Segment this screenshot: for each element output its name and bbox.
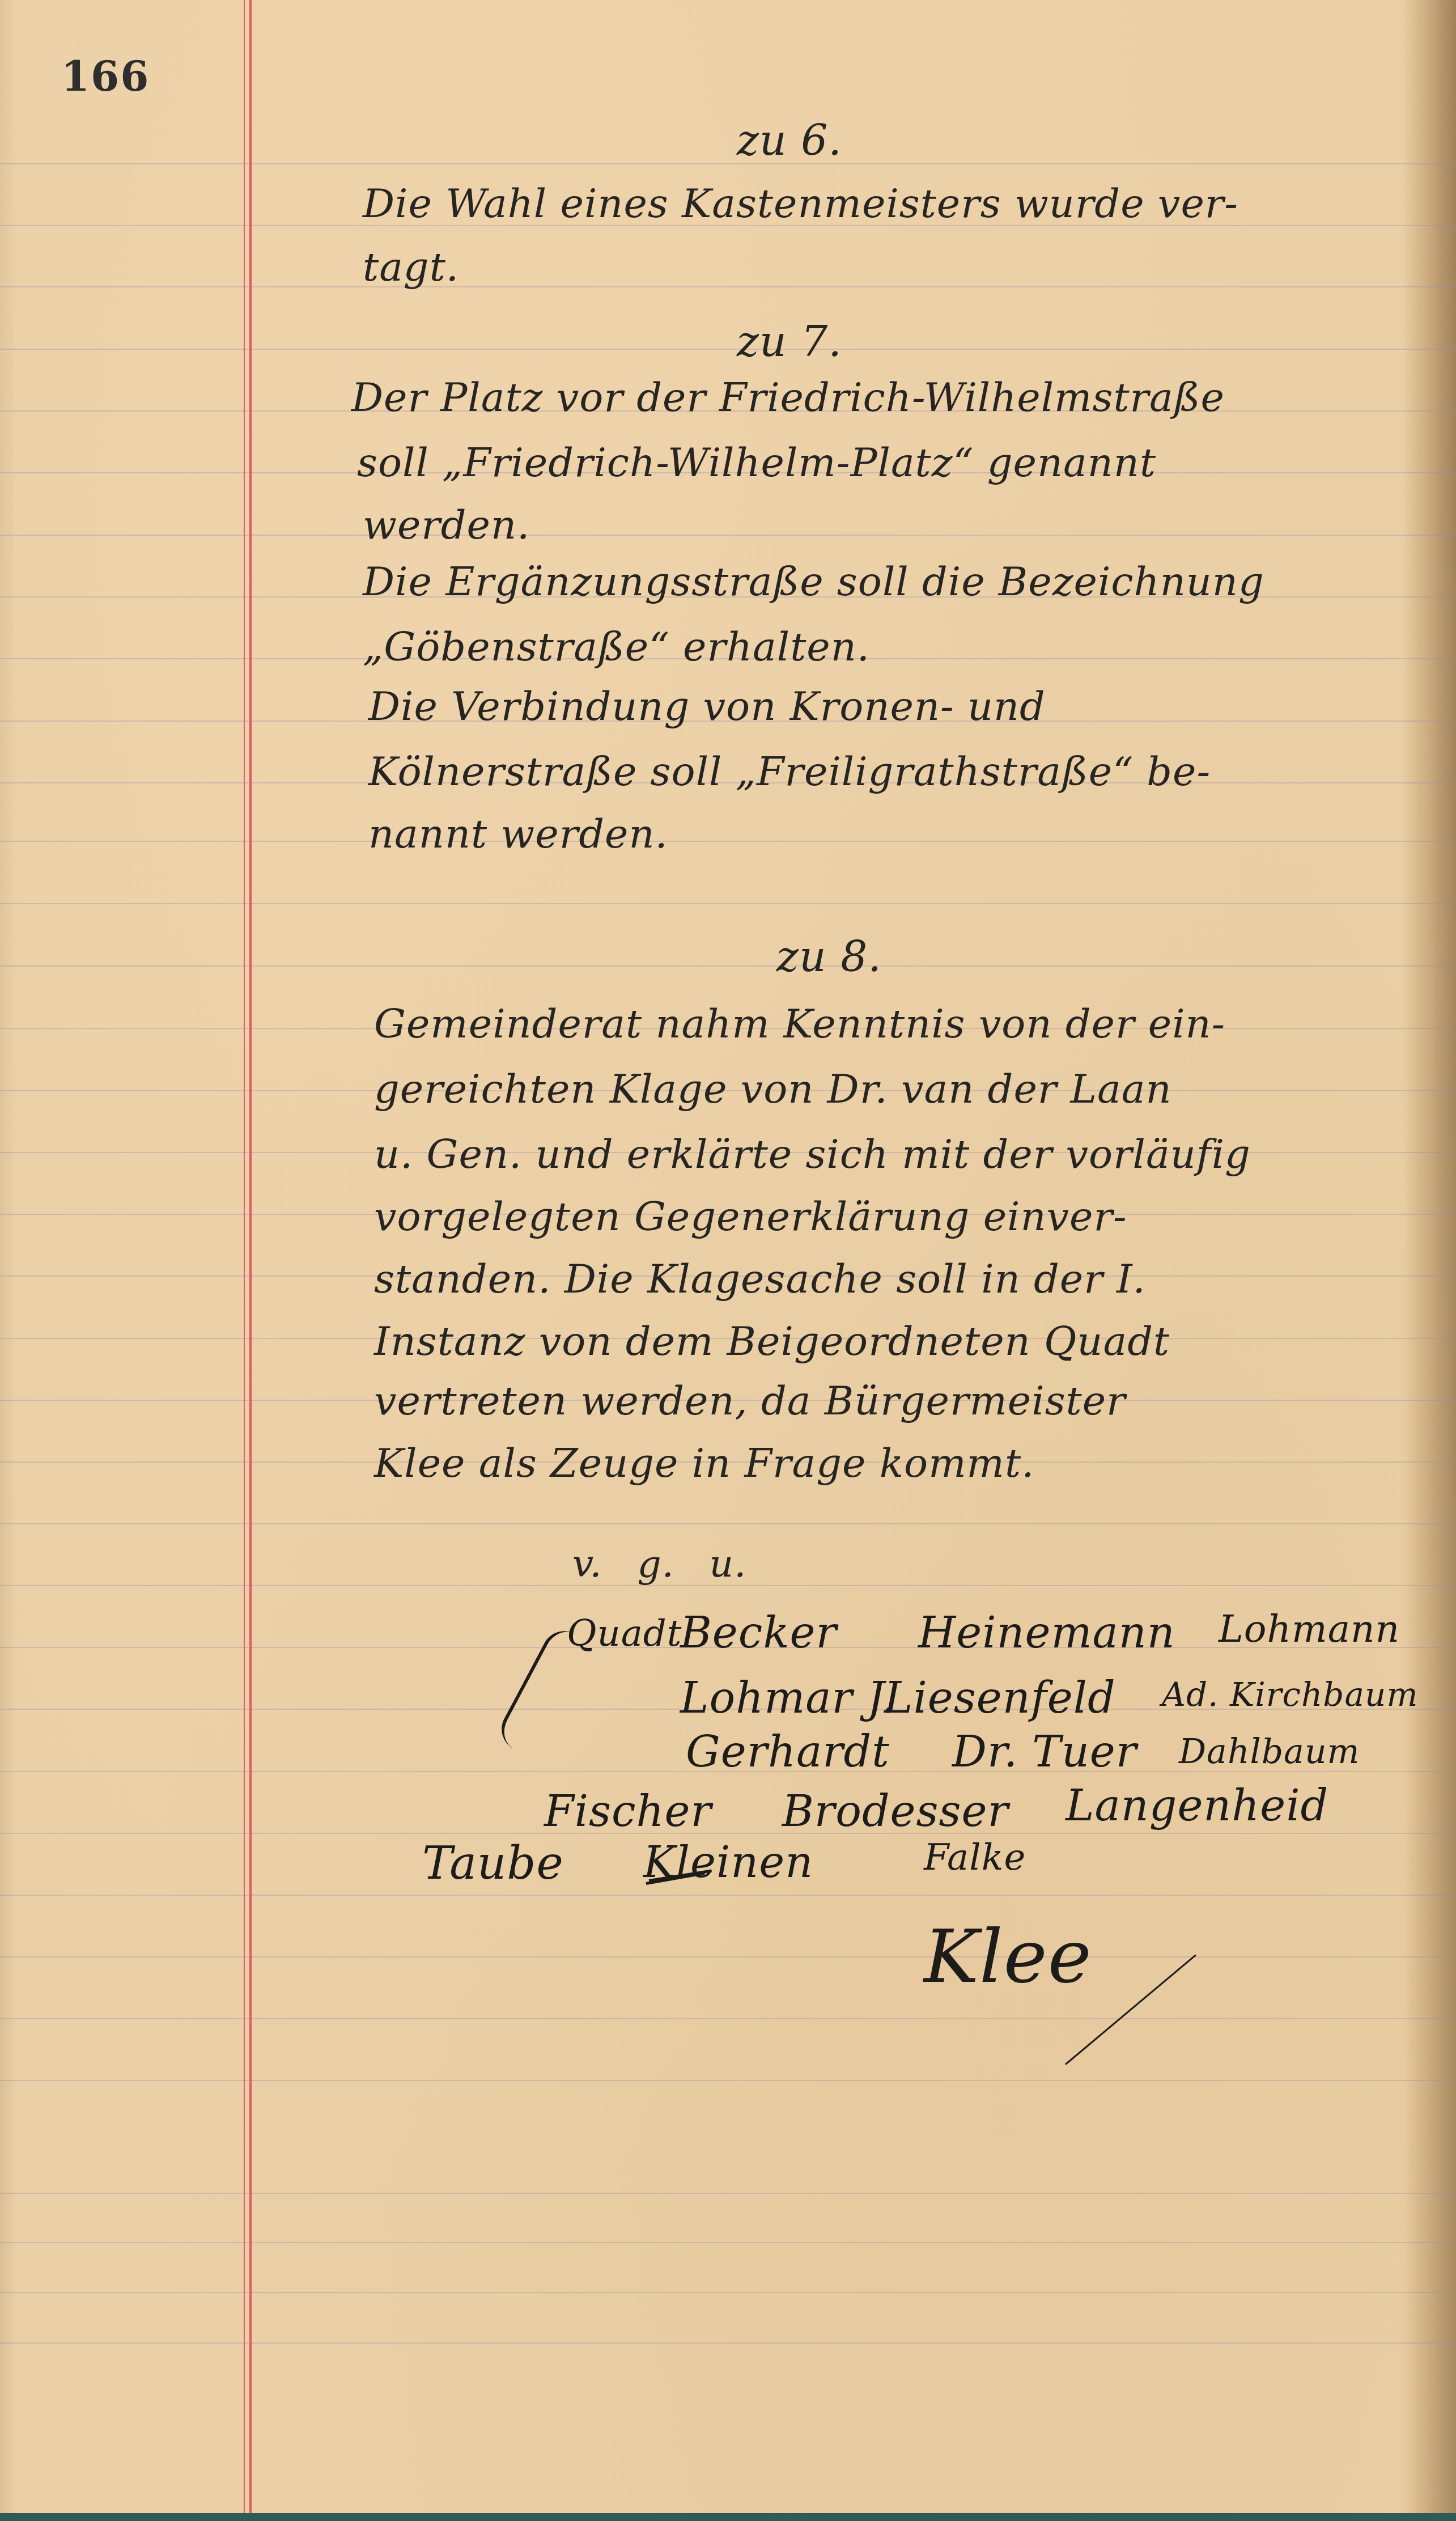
ruled-line: [0, 286, 1456, 287]
section-8-line-2: gereichten Klage von Dr. van der Laan: [374, 1066, 1172, 1112]
ruled-line: [0, 2242, 1456, 2243]
closing-vgu: v. g. u.: [572, 1542, 746, 1586]
ruled-line: [0, 2018, 1456, 2019]
margin-line-thick: [249, 0, 252, 2521]
section-7-line-8: nannt werden.: [368, 811, 668, 857]
signature-langenheid: Langenheid: [1066, 1780, 1328, 1831]
signature-liesenfeld: Liesenfeld: [884, 1672, 1116, 1723]
section-7-line-4: Die Ergänzungsstraße soll die Bezeichnun…: [363, 558, 1264, 605]
signature-dr-tuer: Dr. Tuer: [952, 1726, 1137, 1777]
ruled-line: [0, 349, 1456, 350]
section-8-line-4: vorgelegten Gegenerklärung einver-: [374, 1193, 1127, 1240]
section-heading-6: zu 6.: [737, 116, 842, 165]
signature-dahlbaum: Dahlbaum: [1179, 1732, 1360, 1772]
section-8-line-8: Klee als Zeuge in Frage kommt.: [374, 1440, 1034, 1486]
ruled-line: [0, 535, 1456, 536]
section-7-line-2: soll „Friedrich-Wilhelm-Platz“ genannt: [357, 439, 1156, 486]
ruled-line: [0, 1833, 1456, 1834]
ruled-line: [0, 1523, 1456, 1524]
signature-fischer: Fischer: [544, 1786, 712, 1836]
section-8-line-5: standen. Die Klagesache soll in der I.: [374, 1256, 1146, 1302]
ruled-line: [0, 2342, 1456, 2344]
section-6-line-2: tagt.: [363, 244, 459, 290]
ruled-line: [0, 903, 1456, 904]
section-8-line-6: Instanz von dem Beigeordneten Quadt: [374, 1318, 1170, 1365]
ruled-line: [0, 2193, 1456, 2194]
signature-brodesser: Brodesser: [782, 1786, 1009, 1836]
signature-klee: Klee: [924, 1913, 1092, 1999]
ruled-line: [0, 1956, 1456, 1958]
section-8-line-3: u. Gen. und erklärte sich mit der vorläu…: [374, 1131, 1251, 1177]
ruled-line: [0, 1895, 1456, 1896]
section-heading-8: zu 8.: [776, 933, 882, 981]
book-binding-edge: [0, 2513, 1456, 2521]
section-heading-7: zu 7.: [737, 317, 842, 366]
signature-gerhardt: Gerhardt: [686, 1726, 890, 1777]
signature-flourish: [494, 1623, 598, 1761]
gutter-shadow: [1405, 0, 1456, 2521]
ruled-line: [0, 965, 1456, 967]
signature-becker: Becker: [680, 1607, 837, 1658]
section-7-line-1: Der Platz vor der Friedrich-Wilhelmstraß…: [351, 374, 1225, 421]
section-7-line-7: Kölnerstraße soll „Freiligrathstraße“ be…: [368, 748, 1211, 795]
ruled-line: [0, 841, 1456, 842]
page-number: 166: [61, 52, 150, 100]
signature-kirchbaum: Ad. Kirchbaum: [1162, 1675, 1418, 1714]
section-8-line-7: vertreten werden, da Bürgermeister: [374, 1378, 1126, 1424]
section-7-line-6: Die Verbindung von Kronen- und: [368, 683, 1046, 730]
signature-heinemann: Heinemann: [918, 1607, 1175, 1658]
section-8-line-1: Gemeinderat nahm Kenntnis von der ein-: [374, 1001, 1225, 1047]
ruled-line: [0, 2080, 1456, 2081]
section-6-line-1: Die Wahl eines Kastenmeisters wurde ver-: [363, 180, 1238, 227]
ruled-line: [0, 2292, 1456, 2293]
ledger-page: 166 zu 6. Die Wahl eines Kastenmeisters …: [0, 0, 1456, 2521]
margin-line-thin: [244, 0, 245, 2521]
signature-lohmann: Lohmann: [1219, 1607, 1400, 1651]
section-7-line-5: „Göbenstraße“ erhalten.: [363, 624, 870, 670]
signature-lohmar: Lohmar J.: [680, 1672, 896, 1723]
signature-taube: Taube: [422, 1837, 564, 1889]
ruled-line: [0, 163, 1456, 164]
signature-falke: Falke: [924, 1837, 1026, 1879]
section-7-line-3: werden.: [363, 502, 530, 548]
